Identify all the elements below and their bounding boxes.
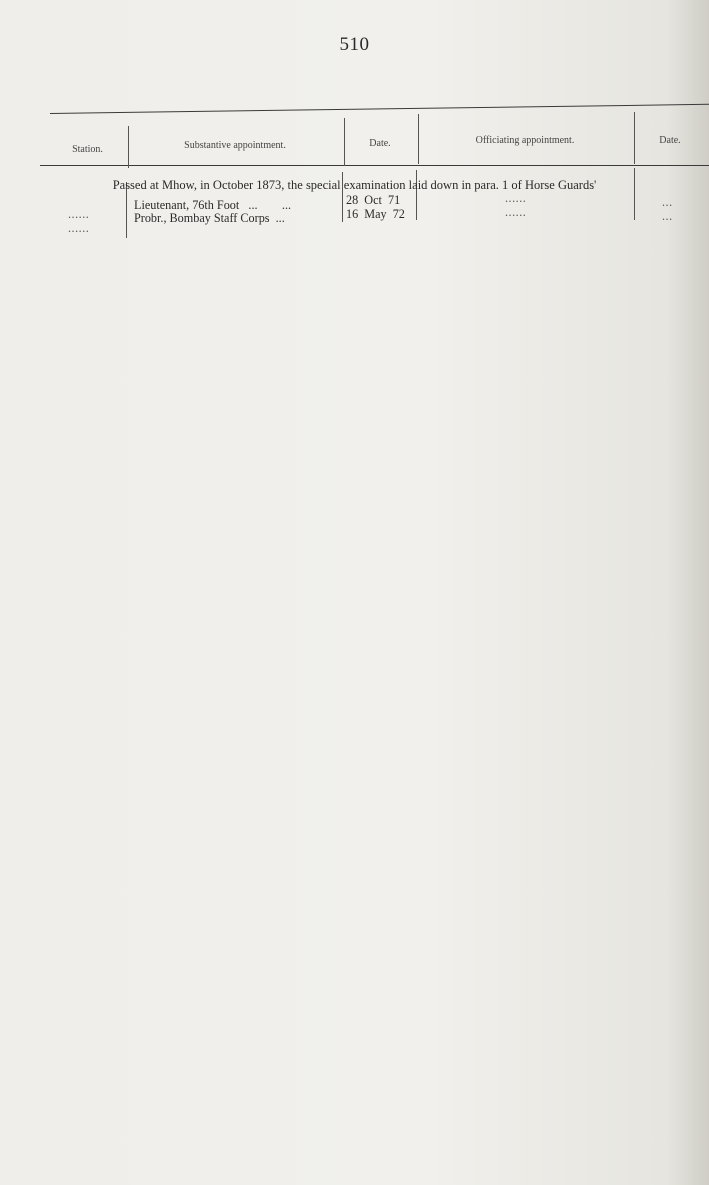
station-cell: ......	[68, 208, 89, 221]
station-cell: ......	[68, 222, 89, 235]
col-divider	[344, 118, 345, 166]
header-top-rule	[50, 104, 709, 114]
officiating-cell: ......	[505, 192, 526, 205]
date-cell: ...	[662, 196, 673, 209]
col-header-officiating: Officiating appointment.	[420, 135, 630, 146]
header-bottom-rule	[40, 165, 709, 166]
col-divider	[128, 126, 129, 168]
note: Passed at Mhow, in October 1873, the spe…	[0, 178, 709, 192]
date-cell: 28 Oct 71	[346, 194, 400, 207]
substantive-cell: Probr., Bombay Staff Corps ...	[134, 212, 285, 225]
officiating-cell: ......	[505, 206, 526, 219]
col-divider	[418, 114, 419, 164]
date-cell: 16 May 72	[346, 208, 405, 221]
col-divider	[634, 112, 635, 164]
document-page: 510 Station. Substantive appointment. Da…	[0, 0, 709, 1185]
date-cell: ...	[662, 210, 673, 223]
col-header-date1: Date.	[345, 138, 415, 149]
col-header-substantive: Substantive appointment.	[130, 140, 340, 151]
page-number: 510	[0, 34, 709, 56]
col-header-station: Station.	[50, 144, 125, 155]
col-header-date2: Date.	[635, 135, 705, 146]
col-divider	[634, 168, 635, 220]
